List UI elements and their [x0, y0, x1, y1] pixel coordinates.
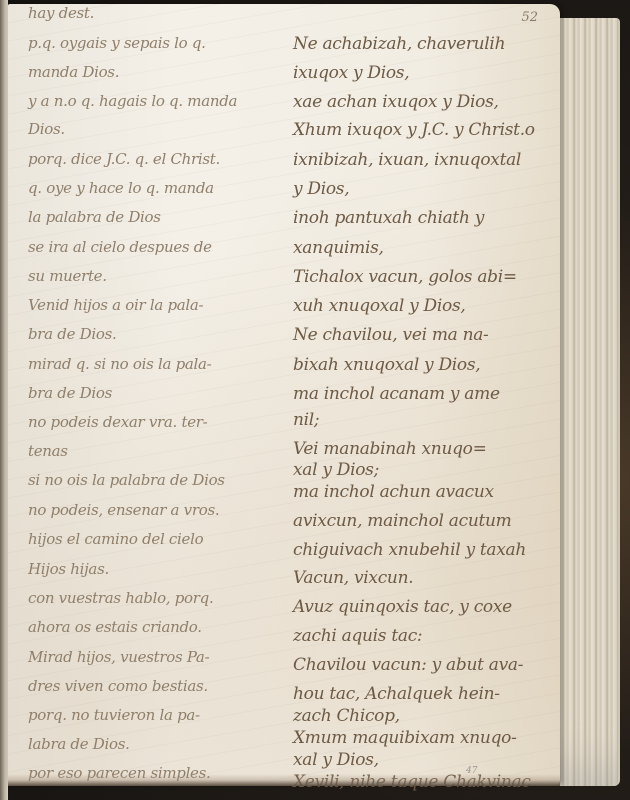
spanish-text-line: mirad q. si no ois la pala-: [28, 355, 211, 373]
manuscript-page: 52 47 hay dest.p.q. oygais y sepais lo q…: [8, 4, 560, 786]
spanish-text-line: por eso parecen simples.: [28, 764, 211, 782]
spanish-text-line: Mirad hijos, vuestros Pa-: [28, 648, 209, 666]
spanish-text-line: porq. dice J.C. q. el Christ.: [28, 150, 220, 168]
mayan-text-line: ixuqox y Dios,: [293, 63, 409, 83]
book-binding-edge: [0, 0, 8, 800]
spanish-text-line: bra de Dios.: [28, 325, 116, 343]
mayan-text-line: Ne chavilou, vei ma na-: [293, 325, 489, 345]
spanish-text-line: bra de Dios: [28, 384, 112, 402]
mayan-text-line: zach Chicop,: [293, 706, 400, 726]
spanish-text-line: tenas: [28, 442, 68, 460]
mayan-text-line: bixah xnuqoxal y Dios,: [293, 355, 480, 375]
spanish-text-line: Hijos hijas.: [28, 560, 109, 578]
spanish-text-line: hijos el camino del cielo: [28, 530, 203, 548]
mayan-text-line: nil;: [293, 410, 319, 430]
mayan-text-line: xal y Dios;: [293, 460, 379, 480]
spanish-text-line: p.q. oygais y sepais lo q.: [28, 34, 206, 52]
mayan-text-line: y Dios,: [293, 179, 349, 199]
mayan-text-line: Xmum maquibixam xnuqo-: [293, 728, 517, 748]
mayan-text-line: xal y Dios,: [293, 750, 379, 770]
spanish-text-line: hay dest.: [28, 4, 94, 22]
spanish-text-line: con vuestras hablo, porq.: [28, 589, 213, 607]
mayan-text-line: avixcun, mainchol acutum: [293, 511, 511, 531]
mayan-text-line: Vacun, vixcun.: [293, 568, 413, 588]
spanish-text-line: y a n.o q. hagais lo q. manda: [28, 92, 237, 110]
spanish-text-line: ahora os estais criando.: [28, 618, 202, 636]
spanish-text-line: no podeis dexar vra. ter-: [28, 413, 207, 431]
spanish-text-line: la palabra de Dios: [28, 208, 161, 226]
mayan-text-line: Ne achabizah, chaverulih: [293, 34, 505, 54]
spanish-text-line: si no ois la palabra de Dios: [28, 471, 225, 489]
mayan-text-line: Xevili, nihe taque Chakvinac: [293, 772, 531, 792]
spanish-text-line: no podeis, ensenar a vros.: [28, 501, 219, 519]
mayan-text-line: ma inchol achun avacux: [293, 482, 494, 502]
spanish-text-line: manda Dios.: [28, 63, 119, 81]
pencil-annotation: 47: [466, 766, 477, 776]
mayan-text-line: chiguivach xnubehil y taxah: [293, 540, 526, 560]
mayan-text-line: Avuz quinqoxis tac, y coxe: [293, 597, 512, 617]
spanish-text-line: labra de Dios.: [28, 735, 130, 753]
mayan-text-line: hou tac, Achalquek hein-: [293, 684, 500, 704]
mayan-text-line: zachi aquis tac:: [293, 626, 422, 646]
folio-number: 52: [521, 10, 538, 25]
spanish-text-line: Dios.: [28, 120, 65, 138]
spanish-text-line: se ira al cielo despues de: [28, 238, 212, 256]
mayan-text-line: inoh pantuxah chiath y: [293, 208, 484, 228]
spanish-text-line: dres viven como bestias.: [28, 677, 208, 695]
mayan-text-line: Chavilou vacun: y abut ava-: [293, 655, 523, 675]
spanish-text-line: q. oye y hace lo q. manda: [28, 179, 214, 197]
mayan-text-line: xanquimis,: [293, 238, 384, 258]
spanish-text-line: su muerte.: [28, 267, 107, 285]
mayan-text-line: Xhum ixuqox y J.C. y Christ.o: [293, 120, 535, 140]
mayan-text-line: Tichalox vacun, golos abi=: [293, 267, 517, 287]
mayan-text-line: ixnibizah, ixuan, ixnuqoxtal: [293, 150, 521, 170]
spanish-text-line: porq. no tuvieron la pa-: [28, 706, 200, 724]
mayan-text-line: xae achan ixuqox y Dios,: [293, 92, 499, 112]
spanish-text-line: Venid hijos a oir la pala-: [28, 296, 203, 314]
mayan-text-line: Vei manabinah xnuqo=: [293, 439, 487, 459]
mayan-text-line: ma inchol acanam y ame: [293, 384, 500, 404]
mayan-text-line: xuh xnuqoxal y Dios,: [293, 296, 466, 316]
